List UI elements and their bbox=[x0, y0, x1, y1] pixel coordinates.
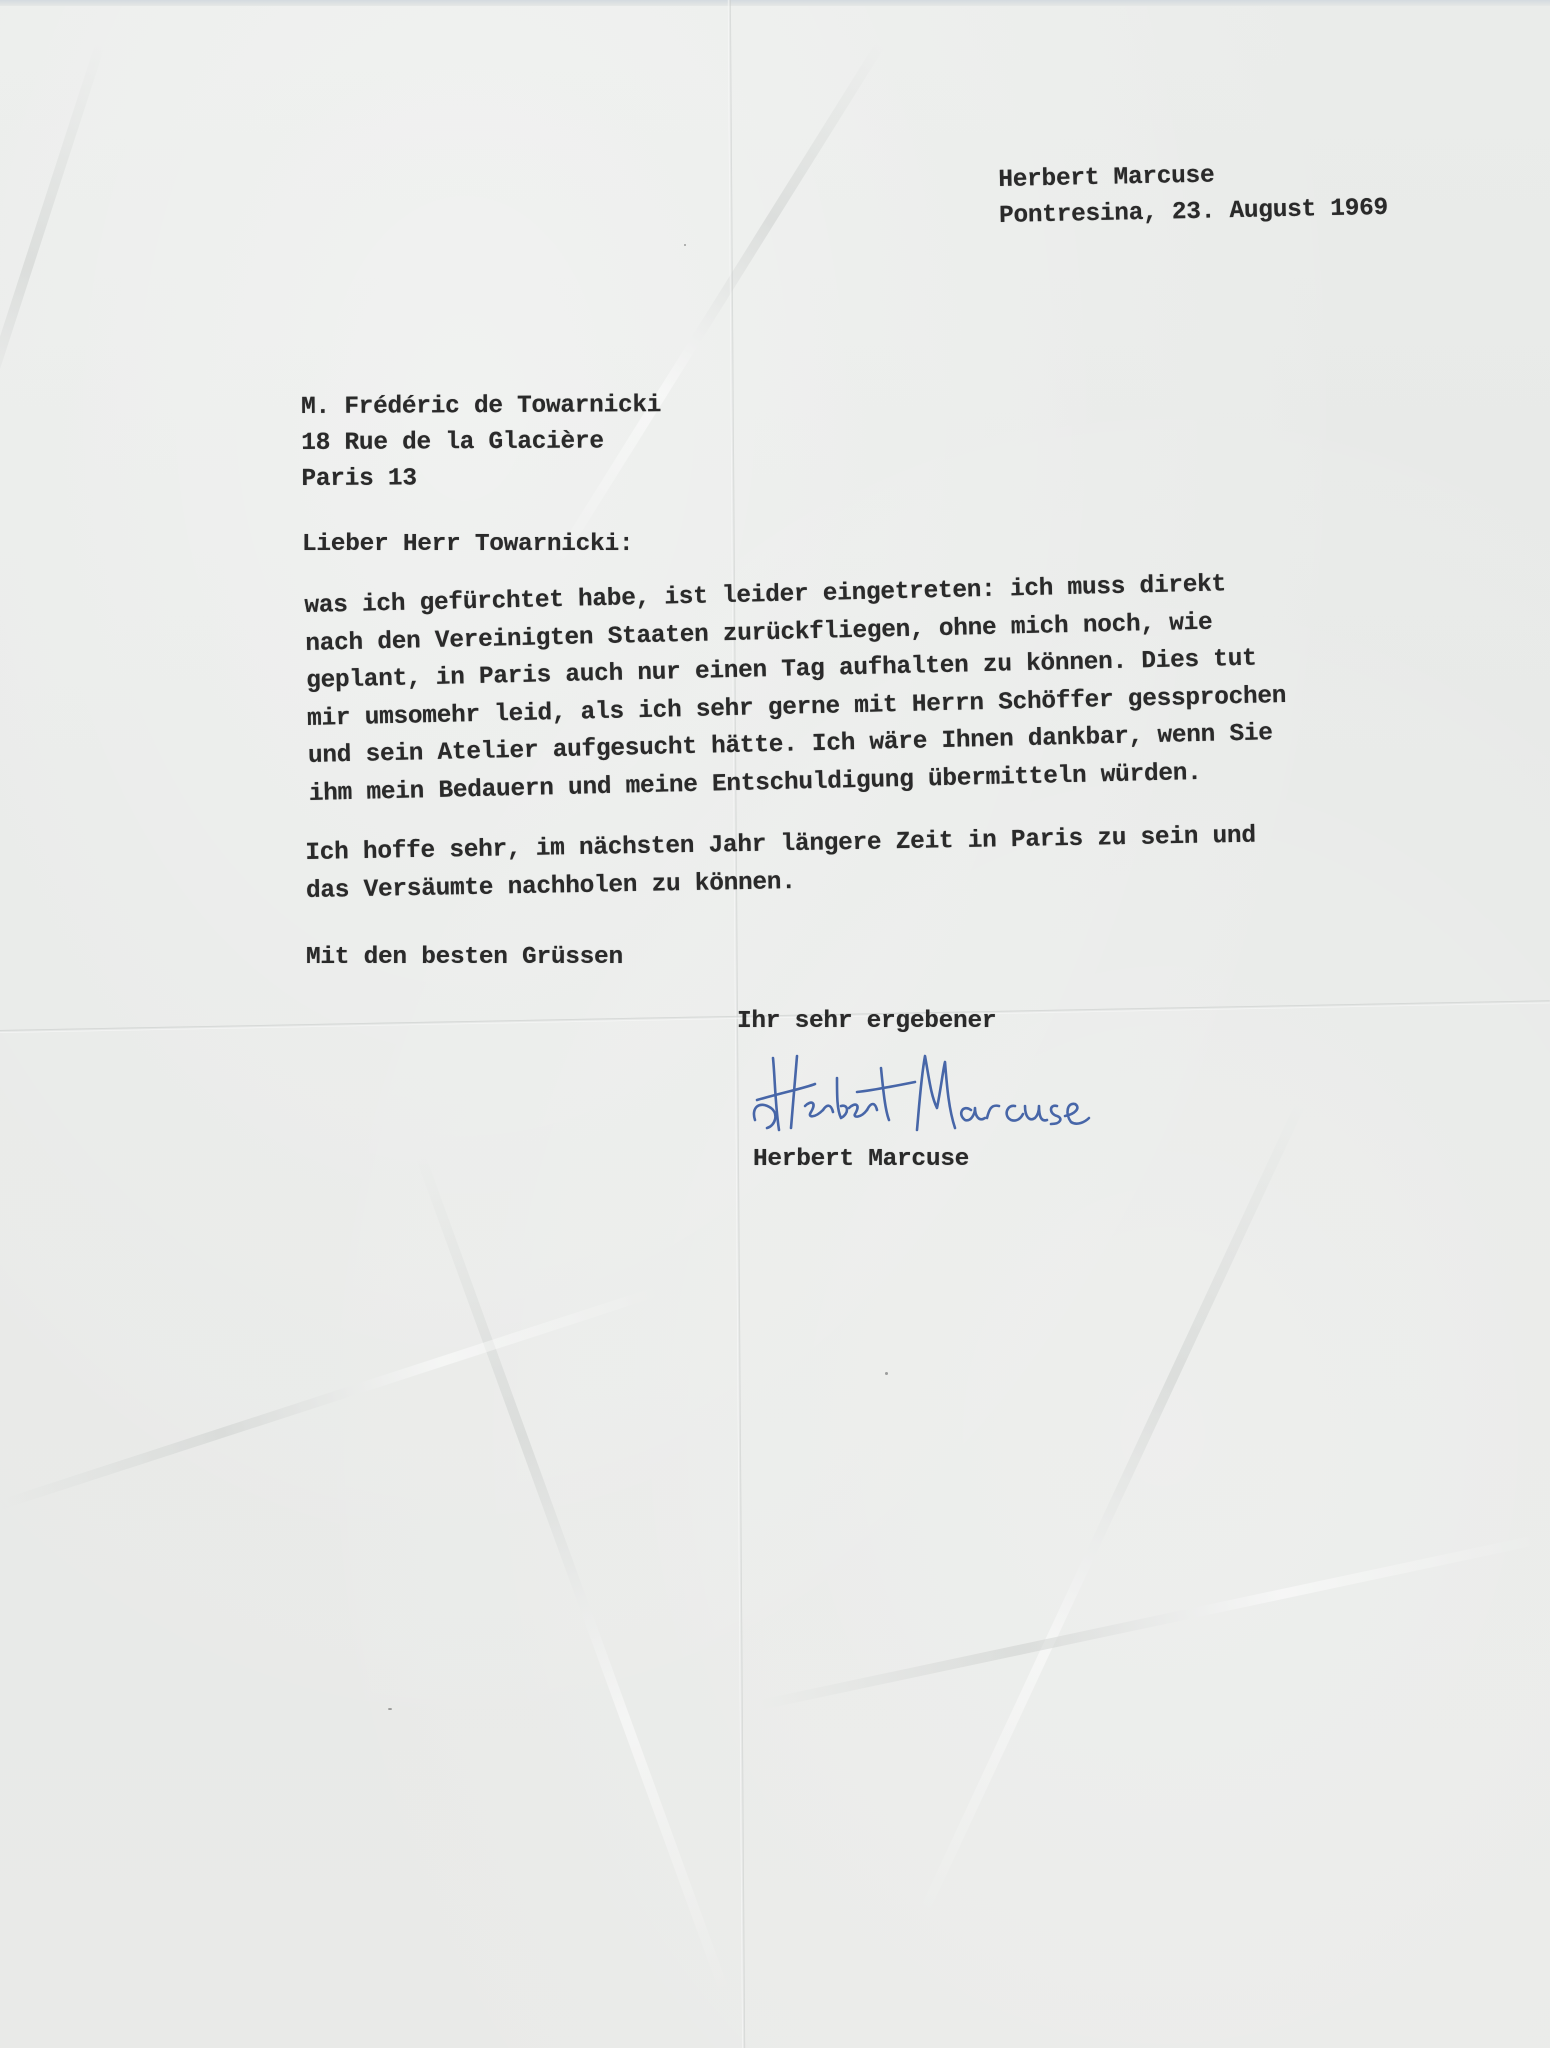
paper-crease bbox=[759, 1534, 1544, 1710]
recipient-name: M. Frédéric de Towarnicki bbox=[301, 388, 661, 426]
complimentary-close: Ihr sehr ergebener bbox=[737, 1004, 996, 1040]
paper-crease bbox=[0, 1284, 667, 1510]
handwritten-signature bbox=[745, 1048, 1095, 1140]
typed-signature-name: Herbert Marcuse bbox=[753, 1142, 969, 1178]
paper-speck bbox=[684, 244, 686, 246]
paper-speck bbox=[388, 1708, 392, 1710]
paper-crease bbox=[0, 43, 105, 712]
recipient-address: M. Frédéric de Towarnicki18 Rue de la Gl… bbox=[301, 388, 662, 498]
paper-speck bbox=[885, 1372, 888, 1375]
paper-top-edge bbox=[0, 0, 1550, 6]
salutation: Lieber Herr Towarnicki: bbox=[302, 527, 633, 563]
sender-block: Herbert MarcusePontresina, 23. August 19… bbox=[998, 155, 1388, 235]
sender-place-date: Pontresina, 23. August 1969 bbox=[999, 191, 1389, 235]
recipient-city: Paris 13 bbox=[301, 460, 661, 498]
letter-paper: Herbert MarcusePontresina, 23. August 19… bbox=[0, 0, 1550, 2048]
paper-crease bbox=[915, 1103, 1304, 1923]
body-paragraph-1: was ich gefürchtet habe, ist leider eing… bbox=[304, 565, 1288, 813]
paper-crease bbox=[415, 1153, 732, 2002]
closing-greeting: Mit den besten Grüssen bbox=[306, 940, 623, 976]
body-paragraph-2: Ich hoffe sehr, im nächsten Jahr längere… bbox=[305, 818, 1257, 910]
recipient-street: 18 Rue de la Glacière bbox=[301, 424, 661, 462]
